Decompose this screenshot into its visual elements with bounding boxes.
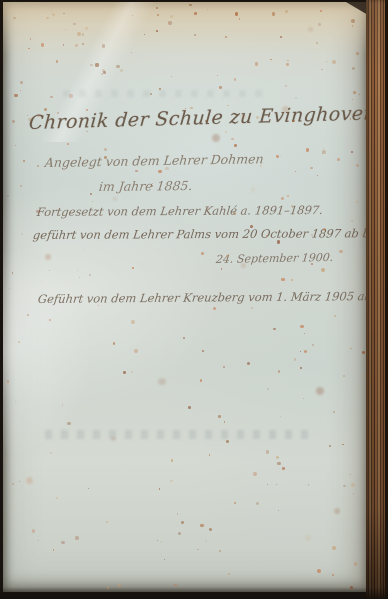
line-gefuehrt-kreuzberg: Geführt von dem Lehrer Kreuzberg vom 1. … [37, 289, 373, 306]
page-corner-notch [346, 2, 368, 15]
book-fore-edge [366, 0, 388, 599]
book-bottom-edge [0, 587, 388, 599]
line-angelegt: Angelegt von dem Lehrer Dohmen [44, 151, 264, 170]
ink-bleedthrough [63, 90, 263, 97]
line-gefuehrt-palms: geführt von dem Lehrer Palms vom 20 Octo… [32, 226, 380, 242]
line-datum-1900: 24. September 1900. [215, 251, 334, 266]
book-photo: Chronik der Schule zu Evinghoven. Angele… [0, 0, 388, 599]
paper-crease [3, 2, 193, 142]
line-jahr: im Jahre 1885. [98, 178, 193, 194]
line-fortgesetzt: Fortgesetzt von dem Lehrer Kahlé a. 1891… [36, 203, 323, 219]
paper-glare [3, 252, 123, 452]
paper-cream-tint [3, 2, 366, 54]
chronicle-page: Chronik der Schule zu Evinghoven. Angele… [3, 2, 366, 592]
chronicle-title: Chronik der Schule zu Evinghoven. [28, 102, 383, 134]
paper-sheen [3, 2, 366, 592]
ink-bleedthrough [45, 430, 315, 439]
